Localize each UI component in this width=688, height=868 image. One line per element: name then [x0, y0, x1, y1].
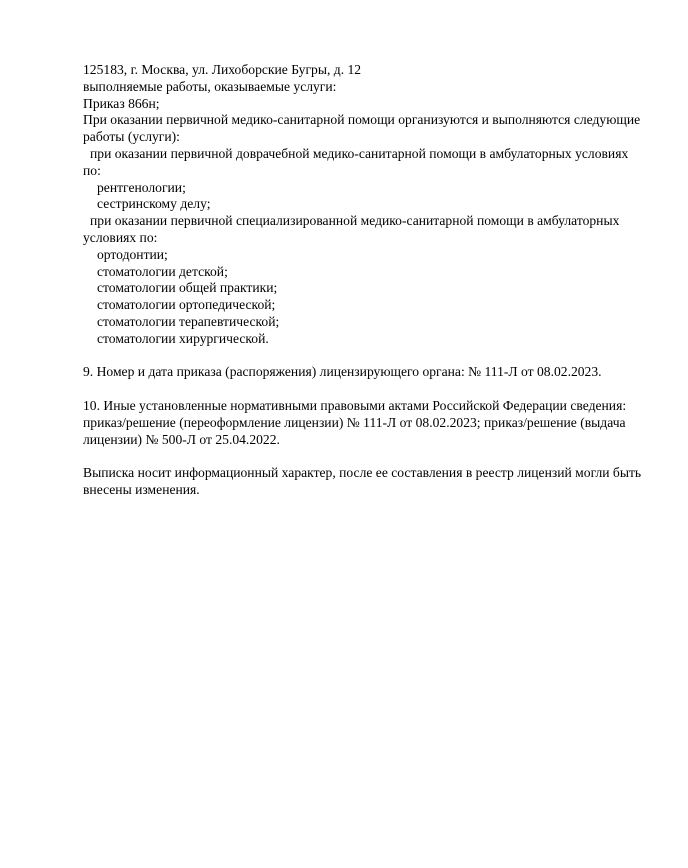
list-item: стоматологии хирургической.	[83, 331, 673, 348]
spacer	[83, 381, 673, 398]
list-item: стоматологии терапевтической;	[83, 314, 673, 331]
list-item: рентгенологии;	[83, 180, 673, 197]
list-item: стоматологии детской;	[83, 264, 673, 281]
item-9: 9. Номер и дата приказа (распоряжения) л…	[83, 364, 673, 381]
address: 125183, г. Москва, ул. Лихоборские Бугры…	[83, 62, 673, 79]
section-b-heading: при оказании первичной специализированно…	[83, 213, 673, 230]
list-item: сестринскому делу;	[83, 196, 673, 213]
item-10-line-2: приказ/решение (переоформление лицензии)…	[83, 415, 673, 432]
disclaimer-line-2: внесены изменения.	[83, 482, 673, 499]
spacer	[83, 448, 673, 465]
spacer	[83, 348, 673, 365]
list-item: стоматологии ортопедической;	[83, 297, 673, 314]
list-item: стоматологии общей практики;	[83, 280, 673, 297]
works-label: выполняемые работы, оказываемые услуги:	[83, 79, 673, 96]
item-10-line-3: лицензии) № 500-Л от 25.04.2022.	[83, 432, 673, 449]
section-a-heading-cont: по:	[83, 163, 673, 180]
order: Приказ 866н;	[83, 96, 673, 113]
intro-line-1: При оказании первичной медико-санитарной…	[83, 112, 673, 129]
section-a-heading: при оказании первичной доврачебной медик…	[83, 146, 673, 163]
section-b-heading-cont: условиях по:	[83, 230, 673, 247]
list-item: ортодонтии;	[83, 247, 673, 264]
item-10-line-1: 10. Иные установленные нормативными прав…	[83, 398, 673, 415]
intro-line-2: работы (услуги):	[83, 129, 673, 146]
document-page: 125183, г. Москва, ул. Лихоборские Бугры…	[83, 62, 673, 499]
disclaimer-line-1: Выписка носит информационный характер, п…	[83, 465, 673, 482]
